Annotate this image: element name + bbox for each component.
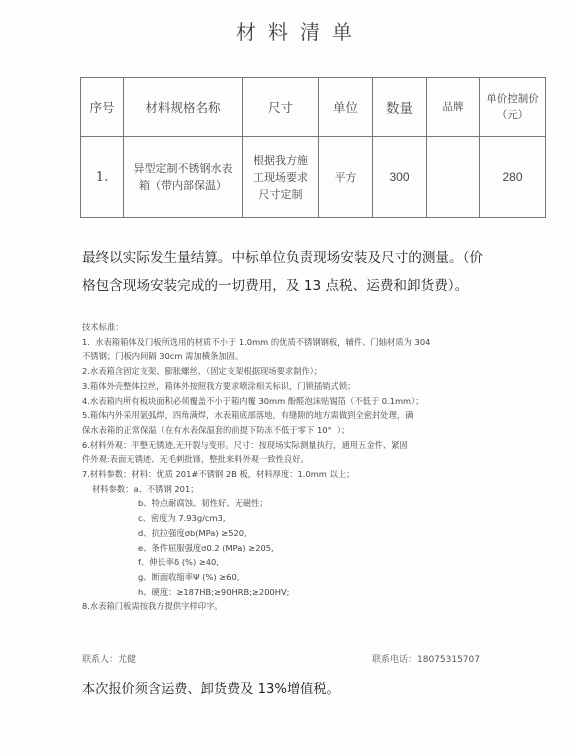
- quote-note: 本次报价须含运费、卸货费及 13%增值税。: [82, 678, 340, 697]
- table-header-row: 序号 材料规格名称 尺寸 单位 数量 品牌 单价控制价 （元）: [81, 78, 546, 137]
- cell-name-line2: 箱（带内部保温）: [124, 177, 242, 194]
- cell-unit: 平方: [319, 137, 373, 218]
- header-unit: 单位: [319, 78, 373, 137]
- tech-item: 不锈钢；门板内间隔 30cm 需加横条加固。: [82, 349, 532, 364]
- param-item: d、抗拉强度σb(MPa) ≥520,: [82, 526, 532, 541]
- cell-size-line2: 工现场要求: [243, 169, 318, 186]
- cell-name-line1: 异型定制不锈钢水表: [124, 160, 242, 177]
- header-price-line1: 单价控制价: [480, 91, 545, 107]
- header-price-line2: （元）: [480, 107, 545, 123]
- cell-size-line1: 根据我方施: [243, 152, 318, 169]
- cell-brand: [427, 137, 480, 218]
- tech-item: 7.材料参数：材料：优质 201#不锈钢 2B 板，材料厚度：1.0mm 以上；: [82, 467, 532, 482]
- settlement-note-line1: 最终以实际发生量结算。中标单位负责现场安装及尺寸的测量。（价: [82, 244, 552, 272]
- param-item: c、密度为 7.93g/cm3,: [82, 511, 532, 526]
- cell-size-line3: 尺寸定制: [243, 186, 318, 203]
- header-brand: 品牌: [427, 78, 480, 137]
- header-price: 单价控制价 （元）: [480, 78, 546, 137]
- params-label: 材料参数：a、不锈钢 201；: [82, 482, 532, 497]
- param-item: e、条件屈服强度σ0.2 (MPa) ≥205,: [82, 541, 532, 556]
- document-title: 材料清单: [0, 16, 576, 45]
- tech-item: 1. 水表箱箱体及门板所选用的材质不小于 1.0mm 的优质不锈钢钢板，辅件、门…: [82, 335, 532, 350]
- tech-item: 6.材料外观：平整无锈迹,无开裂与变形。尺寸：按现场实际测量执行，通用五金件、紧…: [82, 438, 532, 453]
- settlement-note-line2: 格包含现场安装完成的一切费用，及 13 点税、运费和卸货费）。: [82, 272, 552, 300]
- param-item: f、伸长率δ (%) ≥40,: [82, 555, 532, 570]
- tech-item: 5.箱体内外采用氩弧焊，四角满焊，水表箱底部落地，有缝隙的地方需做到全密封处理，…: [82, 408, 532, 423]
- tech-heading: 技术标准：: [82, 320, 532, 335]
- tech-item: 保水表箱的正常保温（在有水表保温套的前提下防冻不低于零下 10° ）；: [82, 423, 532, 438]
- cell-name: 异型定制不锈钢水表 箱（带内部保温）: [124, 137, 243, 218]
- param-item: b、特点耐腐蚀、韧性好、无磁性；: [82, 496, 532, 511]
- cell-price: 280: [480, 137, 546, 218]
- cell-size: 根据我方施 工现场要求 尺寸定制: [243, 137, 319, 218]
- contact-phone: 联系电话：18075315707: [372, 652, 480, 665]
- materials-table: 序号 材料规格名称 尺寸 单位 数量 品牌 单价控制价 （元） 1. 异型定制不…: [80, 77, 546, 218]
- tech-item: 8.水表箱门板需按我方提供字样印字。: [82, 599, 532, 614]
- param-item: g、断面收缩率Ψ (%) ≥60,: [82, 570, 532, 585]
- tech-item: 4.水表箱内所有板块面积必须覆盖不小于箱内覆 30mm 酚醛泡沫贴锡箔（不低于 …: [82, 394, 532, 409]
- tech-item: 3.箱体外壳整体拉丝，箱体外按照我方要求喷涂相关标识，门锁插销式锁；: [82, 379, 532, 394]
- cell-quantity: 300: [373, 137, 427, 218]
- header-quantity: 数量: [373, 78, 427, 137]
- table-row: 1. 异型定制不锈钢水表 箱（带内部保温） 根据我方施 工现场要求 尺寸定制 平…: [81, 137, 546, 218]
- param-item: h、硬度：≥187HB;≥90HRB;≥200HV;: [82, 585, 532, 600]
- contact-person: 联系人：尤健: [82, 652, 136, 665]
- header-size: 尺寸: [243, 78, 319, 137]
- settlement-note: 最终以实际发生量结算。中标单位负责现场安装及尺寸的测量。（价 格包含现场安装完成…: [82, 244, 552, 300]
- cell-index: 1.: [81, 137, 124, 218]
- tech-item: 件外观:表面无锈迹、无毛刺批锋，整批来料外观一致性良好。: [82, 452, 532, 467]
- technical-standards: 技术标准： 1. 水表箱箱体及门板所选用的材质不小于 1.0mm 的优质不锈钢钢…: [82, 320, 532, 614]
- header-name: 材料规格名称: [124, 78, 243, 137]
- tech-item: 2.水表箱含固定支架、膨胀螺丝、（固定支架根据现场要求制作）；: [82, 364, 532, 379]
- header-index: 序号: [81, 78, 124, 137]
